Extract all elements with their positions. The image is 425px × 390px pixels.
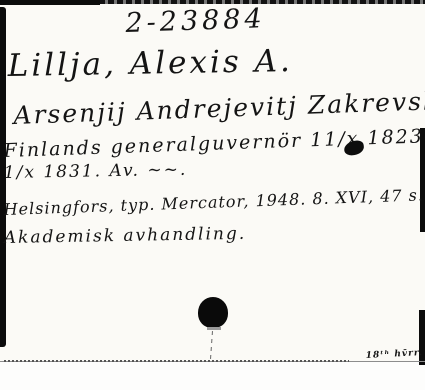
hole-punch-base [207,327,221,330]
scan-edge-top-left [0,0,100,5]
scanned-catalog-card: 2-23884 Lillja, Alexis A. Arsenjij Andre… [0,0,425,390]
hole-punch-dot [198,297,228,328]
author-heading: Lillja, Alexis A. [7,43,293,84]
card-bottom-edge-dotted [4,360,349,362]
note-line: Akademisk avhandling. [4,224,247,248]
subtitle-line-2: 1/x 1831. Av. ~~. [4,160,188,183]
catalog-number: 2-23884 [125,3,266,39]
scan-background [0,362,425,390]
